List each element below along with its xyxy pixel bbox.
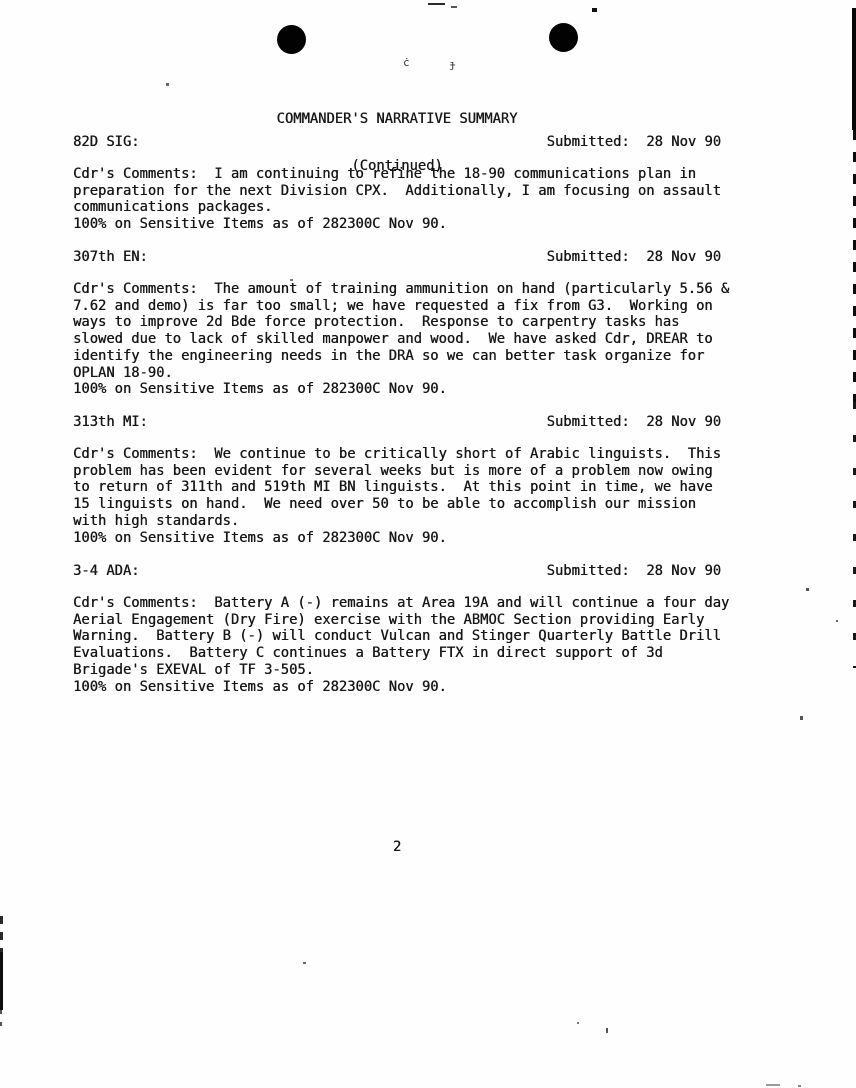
scan-edge-left: [0, 1010, 2, 1028]
scanned-document-page: ċ ɟ COMMANDER'S NARRATIVE SUMMARY (Conti…: [0, 0, 856, 1088]
section-3-4-ada-header: 3-4 ADA: Submitted: 28 Nov 90: [73, 563, 721, 580]
scan-speck: [806, 588, 809, 591]
section-307th-en-header: 307th EN: Submitted: 28 Nov 90: [73, 249, 721, 266]
scan-speck: [766, 1084, 780, 1086]
commander-comments: Cdr's Comments: The amount of training a…: [73, 281, 773, 398]
hole-punch-left-icon: [277, 25, 306, 54]
scan-speck: [798, 1085, 801, 1087]
hole-punch-right-icon: [549, 23, 578, 52]
commander-comments: Cdr's Comments: Battery A (-) remains at…: [73, 595, 773, 695]
scan-speck: [166, 83, 169, 86]
stray-ink-mark: ċ: [403, 57, 410, 68]
section-82d-sig-header: 82D SIG: Submitted: 28 Nov 90: [73, 134, 721, 151]
scan-edge-left: [0, 952, 3, 1010]
scan-speck: [800, 716, 803, 720]
stray-ink-mark: ɟ: [449, 59, 456, 70]
scan-speck: [592, 8, 597, 12]
scan-speck: [303, 962, 306, 964]
page-title: COMMANDER'S NARRATIVE SUMMARY: [73, 112, 721, 128]
scan-speck: [451, 6, 457, 8]
submitted-date: Submitted: 28 Nov 90: [547, 249, 721, 266]
section-313th-mi-header: 313th MI: Submitted: 28 Nov 90: [73, 414, 721, 431]
submitted-date: Submitted: 28 Nov 90: [547, 563, 721, 580]
unit-heading: 307th EN:: [73, 249, 148, 266]
submitted-date: Submitted: 28 Nov 90: [547, 134, 721, 151]
scan-speck: [606, 1028, 608, 1033]
scan-edge-right: [852, 8, 856, 130]
page-number: 2: [73, 839, 721, 855]
scan-speck: [428, 3, 445, 5]
commander-comments: Cdr's Comments: We continue to be critic…: [73, 446, 773, 546]
scan-speck: [290, 279, 293, 281]
unit-heading: 82D SIG:: [73, 134, 139, 151]
scan-edge-left: [0, 916, 3, 954]
scan-speck: [836, 620, 838, 622]
submitted-date: Submitted: 28 Nov 90: [547, 414, 721, 431]
unit-heading: 313th MI:: [73, 414, 148, 431]
commander-comments: Cdr's Comments: I am continuing to refin…: [73, 166, 773, 233]
scan-speck: [577, 1022, 579, 1024]
unit-heading: 3-4 ADA:: [73, 563, 139, 580]
